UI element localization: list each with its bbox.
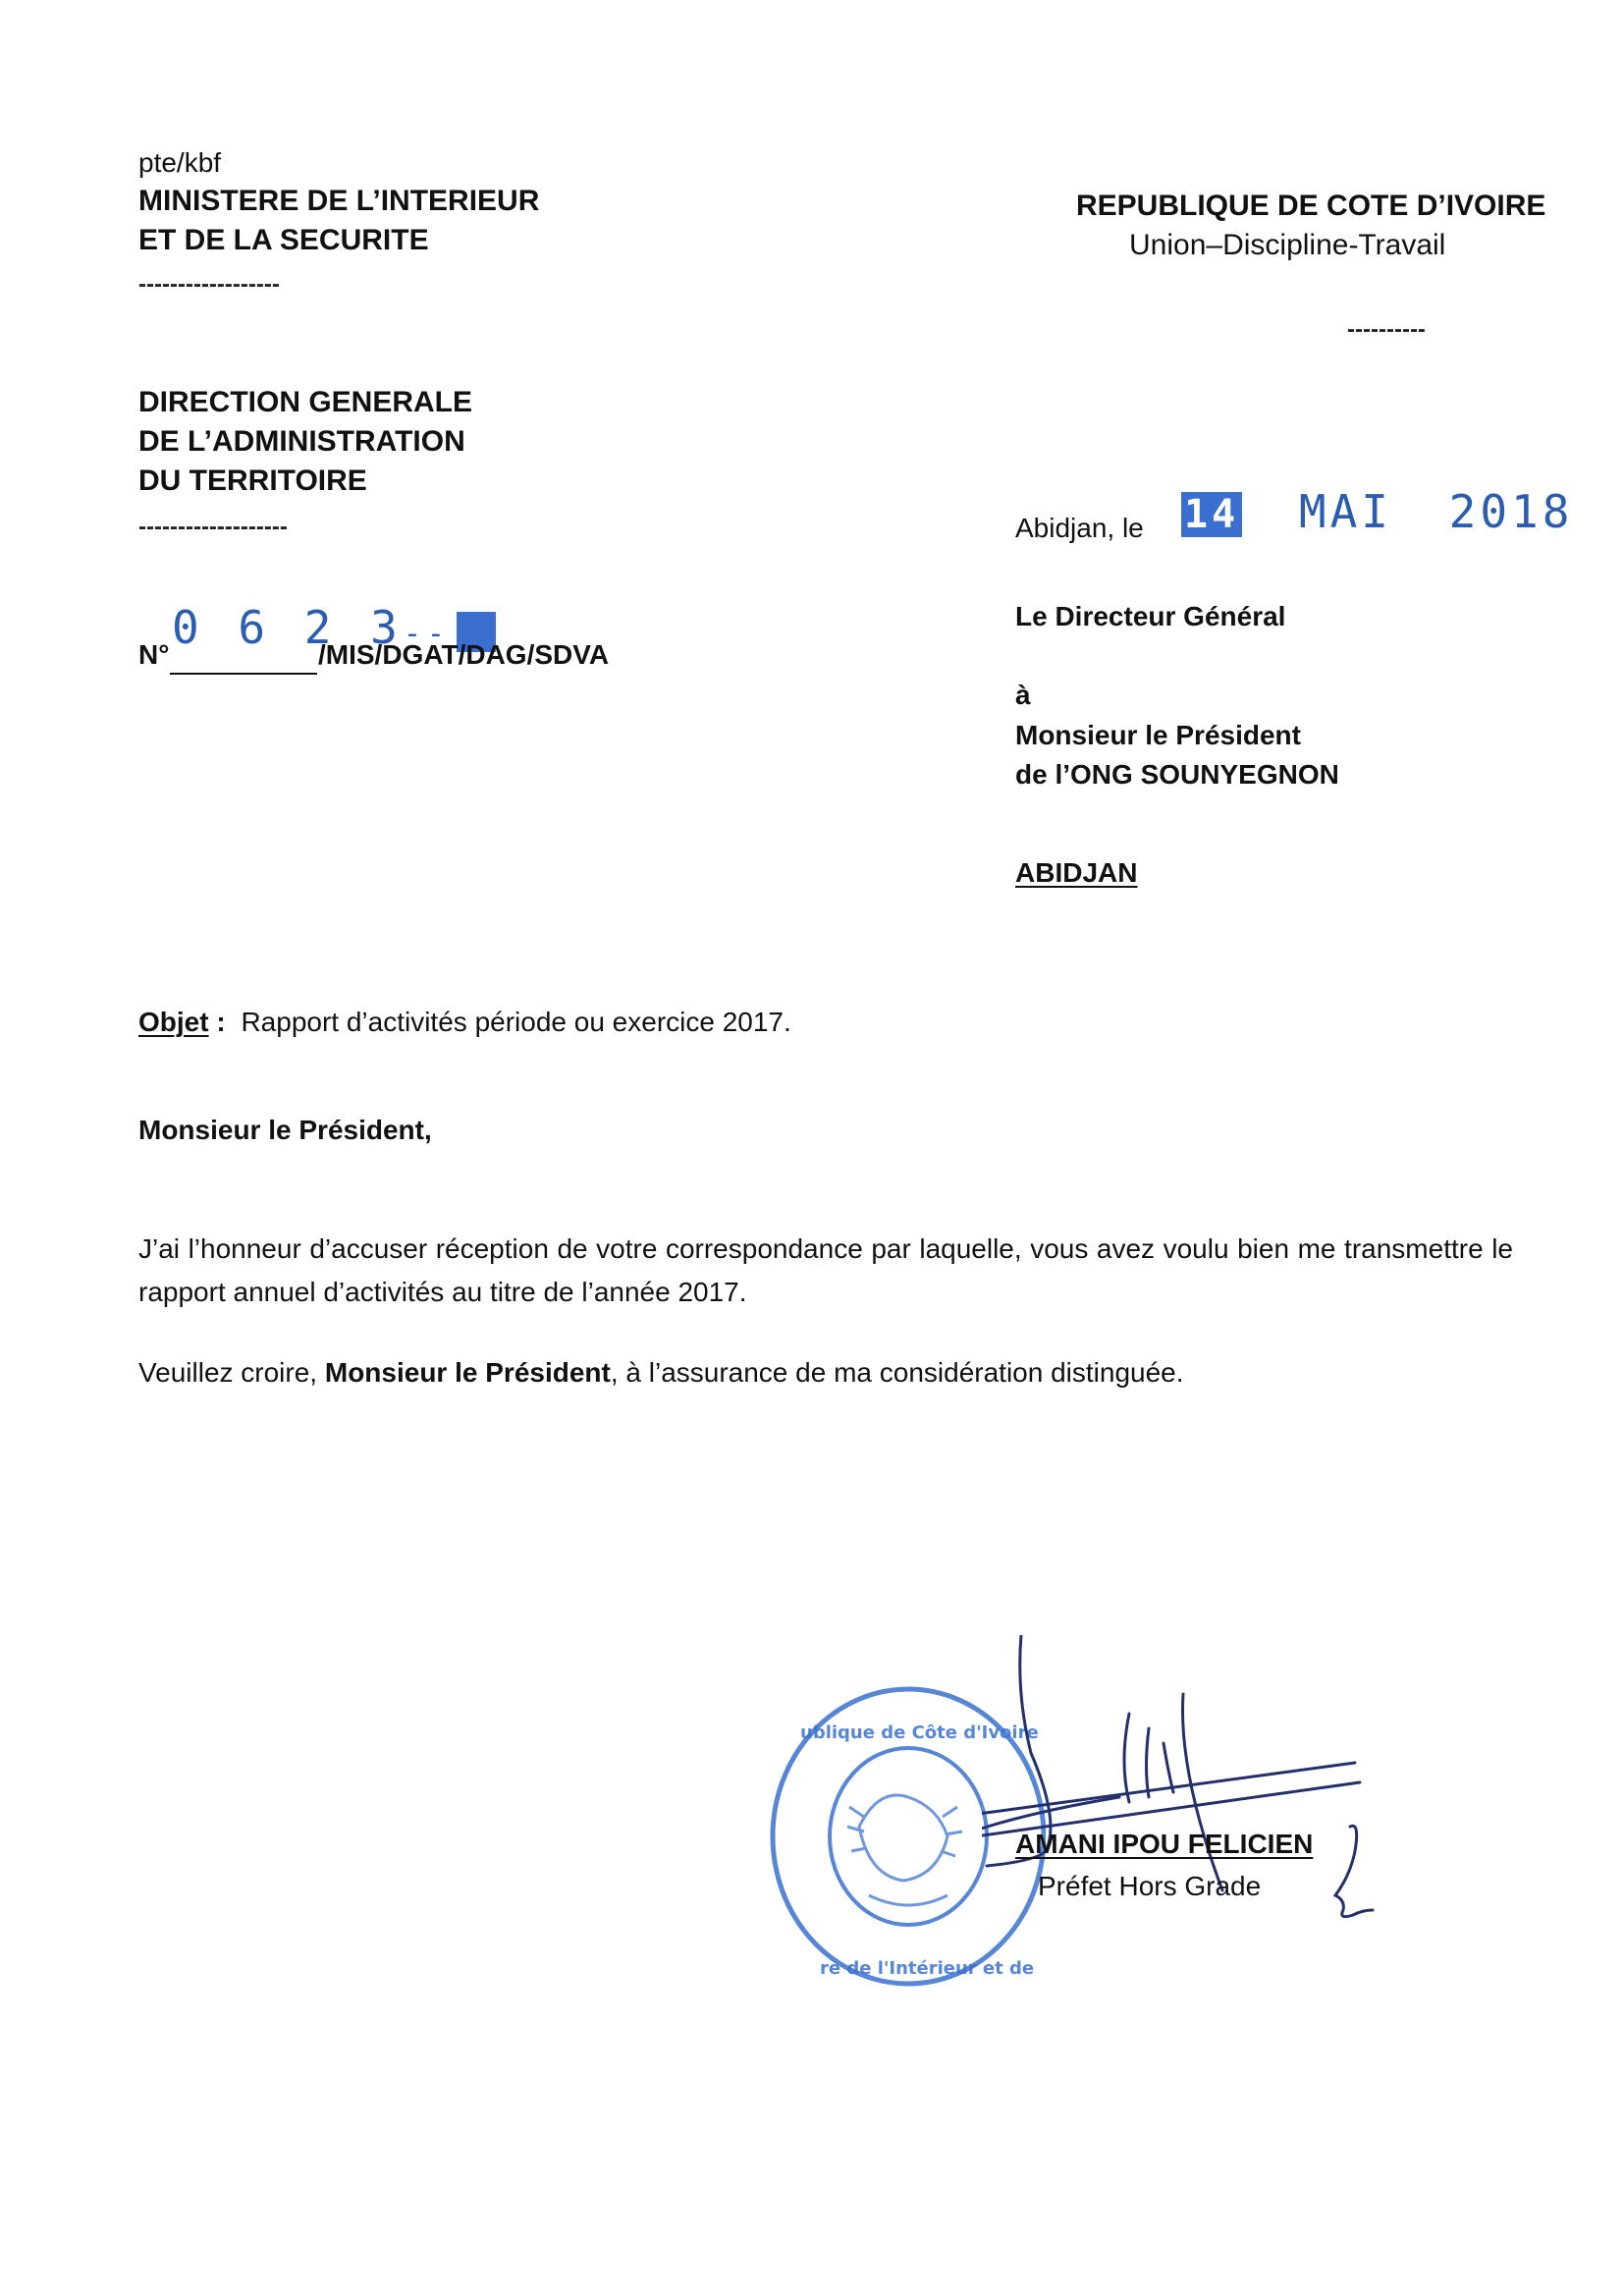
- subject-line: Objet : Rapport d’activités période ou e…: [138, 1007, 791, 1038]
- recipient-line1: Monsieur le Président: [1015, 720, 1301, 751]
- sender: Le Directeur Général: [1015, 601, 1285, 632]
- closing-suffix: , à l’assurance de ma considération dist…: [611, 1357, 1184, 1388]
- subject-colon: :: [209, 1007, 226, 1037]
- body-paragraph-1: J’ai l’honneur d’accuser réception de vo…: [138, 1228, 1513, 1314]
- direction-name-line2: DE L’ADMINISTRATION: [138, 425, 465, 459]
- initials-paraphe-icon: [1321, 1822, 1380, 1920]
- subject-text: Rapport d’activités période ou exercice …: [241, 1007, 790, 1037]
- reference-number-line: [170, 673, 317, 675]
- national-motto: Union–Discipline-Travail: [1129, 229, 1445, 262]
- reference-path: /MIS/DGAT/DAG/SDVA: [318, 639, 609, 671]
- closing-prefix: Veuillez croire,: [138, 1357, 325, 1388]
- signatory-name: AMANI IPOU FELICIEN: [1015, 1829, 1313, 1860]
- separator-1: ------------------: [138, 271, 280, 299]
- date-stamp-year: 2018: [1449, 485, 1574, 538]
- separator-2: -------------------: [138, 514, 288, 541]
- date-place: Abidjan, le: [1015, 513, 1144, 544]
- separator-right: ----------: [1347, 316, 1426, 344]
- subject-label: Objet: [138, 1007, 209, 1037]
- date-stamp: 14 MAI 2018: [1181, 485, 1573, 538]
- date-stamp-month: MAI: [1299, 485, 1392, 538]
- direction-name-line3: DU TERRITOIRE: [138, 465, 367, 498]
- country-name: REPUBLIQUE DE COTE D’IVOIRE: [1076, 190, 1545, 223]
- closing-bold: Monsieur le Président: [325, 1357, 611, 1388]
- reference-initials: pte/kbf: [138, 147, 221, 179]
- svg-text:re de l'Intérieur et de: re de l'Intérieur et de: [820, 1958, 1034, 1979]
- salutation: Monsieur le Président,: [138, 1115, 432, 1146]
- ministry-name-line2: ET DE LA SECURITE: [138, 224, 429, 257]
- reference-prefix: N°: [138, 639, 169, 671]
- recipient-city: ABIDJAN: [1015, 857, 1137, 889]
- ministry-name-line1: MINISTERE DE L’INTERIEUR: [138, 185, 539, 218]
- date-stamp-day: 14: [1181, 492, 1242, 537]
- recipient-line2: de l’ONG SOUNYEGNON: [1015, 759, 1339, 791]
- closing-formula: Veuillez croire, Monsieur le Président, …: [138, 1357, 1184, 1389]
- to-word: à: [1015, 680, 1031, 711]
- direction-name-line1: DIRECTION GENERALE: [138, 386, 472, 419]
- signatory-title: Préfet Hors Grade: [1038, 1871, 1261, 1902]
